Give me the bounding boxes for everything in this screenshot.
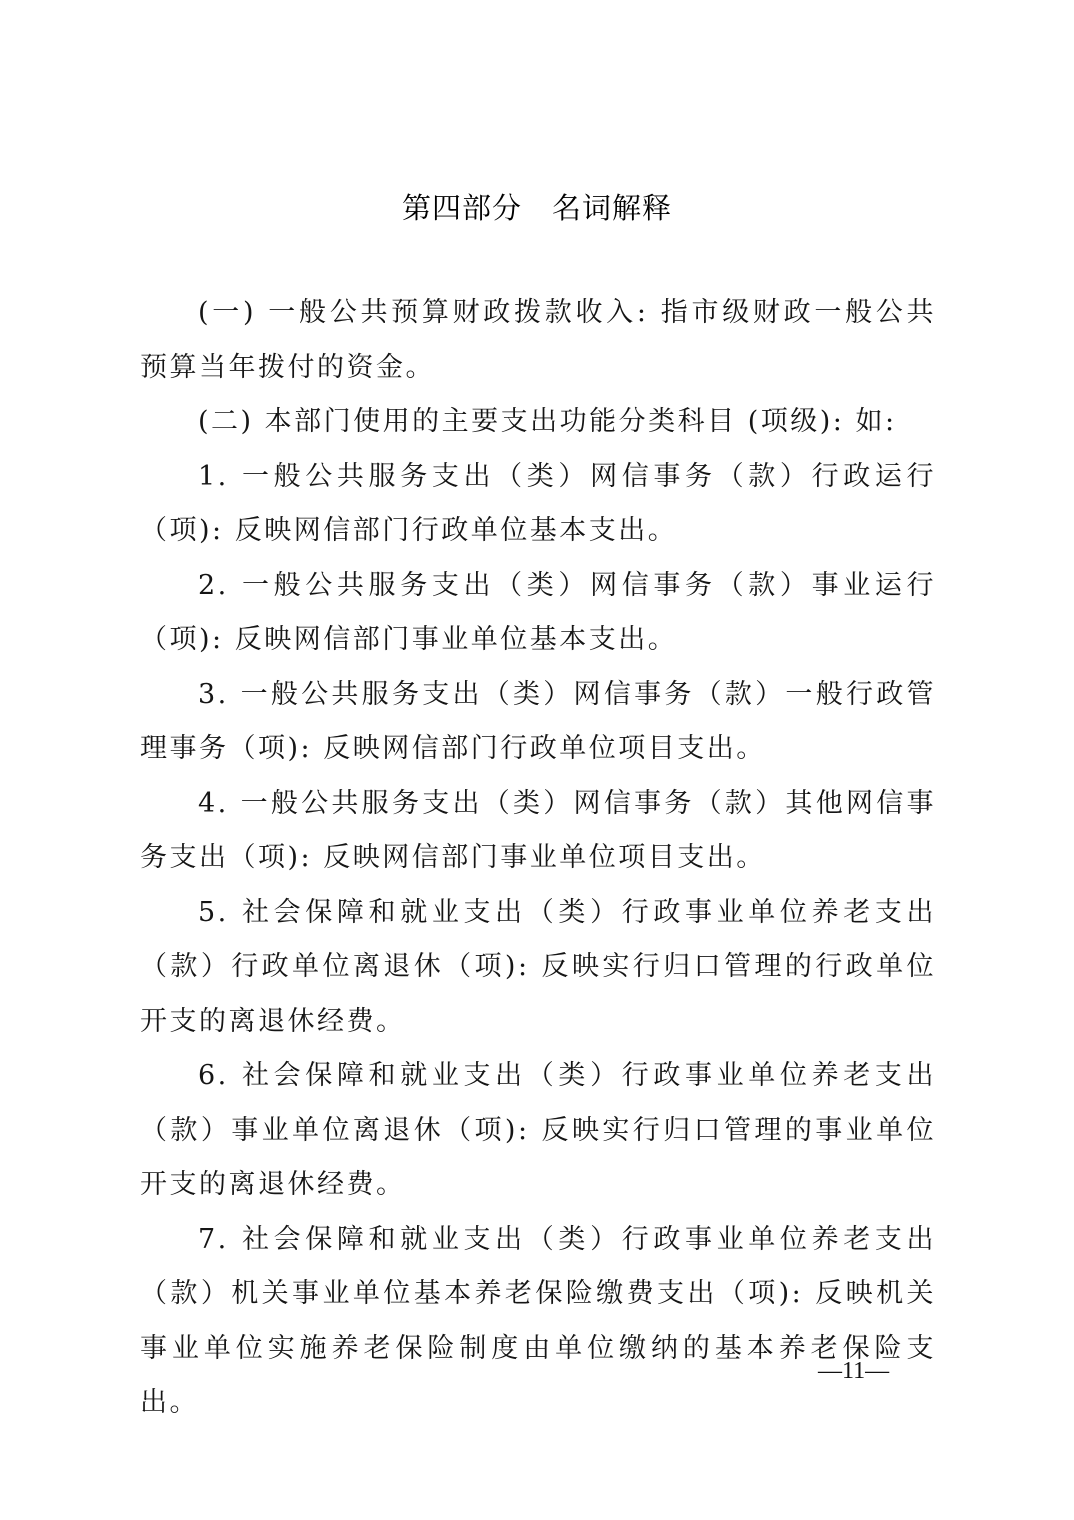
section-heading: 名词解释	[552, 191, 672, 225]
paragraph-item-3: 3. 一般公共服务支出（类）网信事务（款）一般行政管理事务（项): 反映网信部门…	[140, 668, 936, 777]
page-number: —11—	[818, 1358, 889, 1385]
paragraph-item-6: 6. 社会保障和就业支出（类）行政事业单位养老支出（款）事业单位离退休（项): …	[140, 1049, 936, 1213]
paragraph-item-5: 5. 社会保障和就业支出（类）行政事业单位养老支出（款）行政单位离退休（项): …	[140, 886, 936, 1050]
paragraph-item-1: 1. 一般公共服务支出（类）网信事务（款）行政运行（项): 反映网信部门行政单位…	[140, 450, 936, 559]
paragraph-general-budget-income: (一) 一般公共预算财政拨款收入: 指市级财政一般公共预算当年拨付的资金。	[140, 286, 936, 395]
paragraph-expenditure-categories-intro: (二) 本部门使用的主要支出功能分类科目 (项级): 如:	[140, 395, 936, 450]
section-label: 第四部分	[402, 191, 522, 225]
paragraph-item-4: 4. 一般公共服务支出（类）网信事务（款）其他网信事务支出（项): 反映网信部门…	[140, 777, 936, 886]
document-body: (一) 一般公共预算财政拨款收入: 指市级财政一般公共预算当年拨付的资金。 (二…	[140, 286, 936, 1431]
paragraph-item-2: 2. 一般公共服务支出（类）网信事务（款）事业运行（项): 反映网信部门事业单位…	[140, 559, 936, 668]
paragraph-item-7: 7. 社会保障和就业支出（类）行政事业单位养老支出（款）机关事业单位基本养老保险…	[140, 1213, 936, 1431]
page-title: 第四部分名词解释	[0, 186, 1074, 227]
